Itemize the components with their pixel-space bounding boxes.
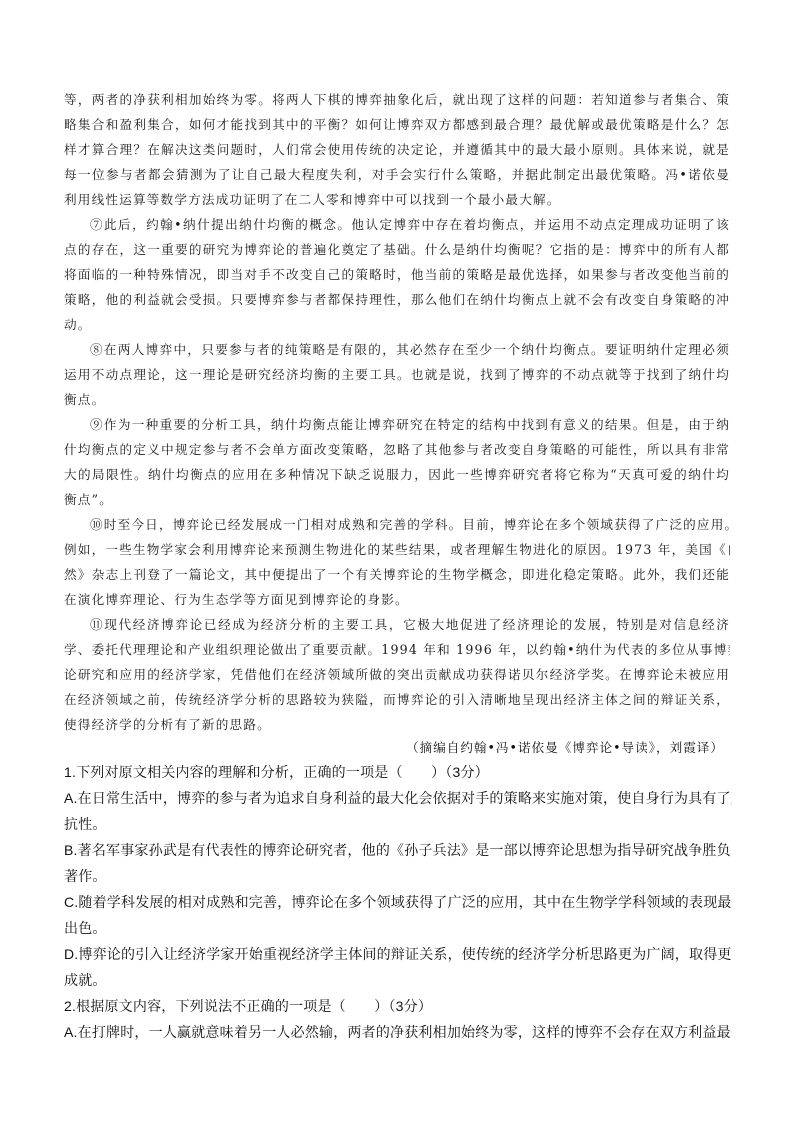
option-text: D.博弈论的引入让经济学家开始重视经济学主体间的辩证关系，使传统的经济学分析思路… xyxy=(64,942,732,966)
text-line: 策略，他的利益就会受损。只要博弈参与者都保持理性，那么他们在纳什均衡点上就不会有… xyxy=(64,288,730,312)
text-line: 等，两者的净获利相加始终为零。将两人下棋的博弈抽象化后，就出现了这样的问题：若知… xyxy=(64,88,730,112)
source-citation: （摘编自约翰•冯•诺依曼《博弈论•导读》，刘霞译） xyxy=(400,736,724,760)
text-line: 使得经济学的分析有了新的思路。 xyxy=(64,713,730,737)
text-line: 在经济领域之前，传统经济学分析的思路较为狭隘，而博弈论的引入清晰地呈现出经济主体… xyxy=(64,688,730,712)
text-line: 衡点。 xyxy=(64,388,730,412)
paragraph-first-line: ⑩时至今日，博弈论已经发展成一门相对成熟和完善的学科。目前，博弈论在多个领域获得… xyxy=(90,513,730,537)
option-text: 出色。 xyxy=(64,916,732,940)
question-stem: 2.根据原文内容，下列说法不正确的一项是（ ）（3分） xyxy=(64,994,732,1018)
option-text: A.在日常生活中，博弈的参与者为追求自身利益的最大化会依据对手的策略来实施对策，… xyxy=(64,786,732,810)
paragraph-first-line: ⑦此后，约翰•纳什提出纳什均衡的概念。他认定博弈中存在着均衡点，并运用不动点定理… xyxy=(90,213,730,237)
text-line: 大的局限性。纳什均衡点的应用在多种情况下缺乏说服力，因此一些博弈研究者将它称为“… xyxy=(64,463,730,487)
question-stem: 1.下列对原文相关内容的理解和分析，正确的一项是（ ）（3分） xyxy=(64,760,732,784)
option-text: B.著名军事家孙武是有代表性的博弈论研究者，他的《孙子兵法》是一部以博弈论思想为… xyxy=(64,838,732,862)
text-line: 在演化博弈理论、行为生态学等方面见到博弈论的身影。 xyxy=(64,588,730,612)
text-line: 将面临的一种特殊情况，即当对手不改变自己的策略时，他当前的策略是最优选择，如果参… xyxy=(64,263,730,287)
option-text: C.随着学科发展的相对成熟和完善，博弈论在多个领域获得了广泛的应用，其中在生物学… xyxy=(64,890,732,914)
option-text: 成就。 xyxy=(64,968,732,992)
text-line: 动。 xyxy=(64,313,730,337)
exam-page: 等，两者的净获利相加始终为零。将两人下棋的博弈抽象化后，就出现了这样的问题：若知… xyxy=(0,0,794,1123)
text-line: 样才算合理？在解决这类问题时，人们常会使用传统的决定论，并遵循其中的最大最小原则… xyxy=(64,138,730,162)
paragraph-first-line: ⑪现代经济博弈论已经成为经济分析的主要工具，它极大地促进了经济理论的发展，特别是… xyxy=(90,613,730,637)
option-text: 抗性。 xyxy=(64,812,732,836)
paragraph-first-line: ⑨作为一种重要的分析工具，纳什均衡点能让博弈研究在特定的结构中找到有意义的结果。… xyxy=(90,413,730,437)
text-line: 什均衡点的定义中规定参与者不会单方面改变策略，忽略了其他参与者改变自身策略的可能… xyxy=(64,438,730,462)
text-line: 例如，一些生物学家会利用博弈论来预测生物进化的某些结果，或者理解生物进化的原因。… xyxy=(64,538,730,562)
text-line: 学、委托代理理论和产业组织理论做出了重要贡献。1994 年和 1996 年，以约… xyxy=(64,638,730,662)
text-line: 略集合和盈利集合，如何才能找到其中的平衡？如何让博弈双方都感到最合理？最优解或最… xyxy=(64,113,730,137)
option-text: 著作。 xyxy=(64,864,732,888)
text-line: 点的存在，这一重要的研究为博弈论的普遍化奠定了基础。什么是纳什均衡呢？它指的是：… xyxy=(64,238,730,262)
text-line: 利用线性运算等数学方法成功证明了在二人零和博弈中可以找到一个最小最大解。 xyxy=(64,188,730,212)
paragraph-first-line: ⑧在两人博弈中，只要参与者的纯策略是有限的，其必然存在至少一个纳什均衡点。要证明… xyxy=(90,338,730,362)
option-text: A.在打牌时，一人赢就意味着另一人必然输，两者的净获利相加始终为零，这样的博弈不… xyxy=(64,1020,732,1044)
text-line: 衡点”。 xyxy=(64,488,730,512)
text-line: 论研究和应用的经济学家，凭借他们在经济领域所做的突出贡献成功获得诺贝尔经济学奖。… xyxy=(64,663,730,687)
text-line: 然》杂志上刊登了一篇论文，其中便提出了一个有关博弈论的生物学概念，即进化稳定策略… xyxy=(64,563,730,587)
text-line: 运用不动点理论，这一理论是研究经济均衡的主要工具。也就是说，找到了博弈的不动点就… xyxy=(64,363,730,387)
text-line: 每一位参与者都会猜测为了让自己最大程度失利，对手会实行什么策略，并据此制定出最优… xyxy=(64,163,730,187)
